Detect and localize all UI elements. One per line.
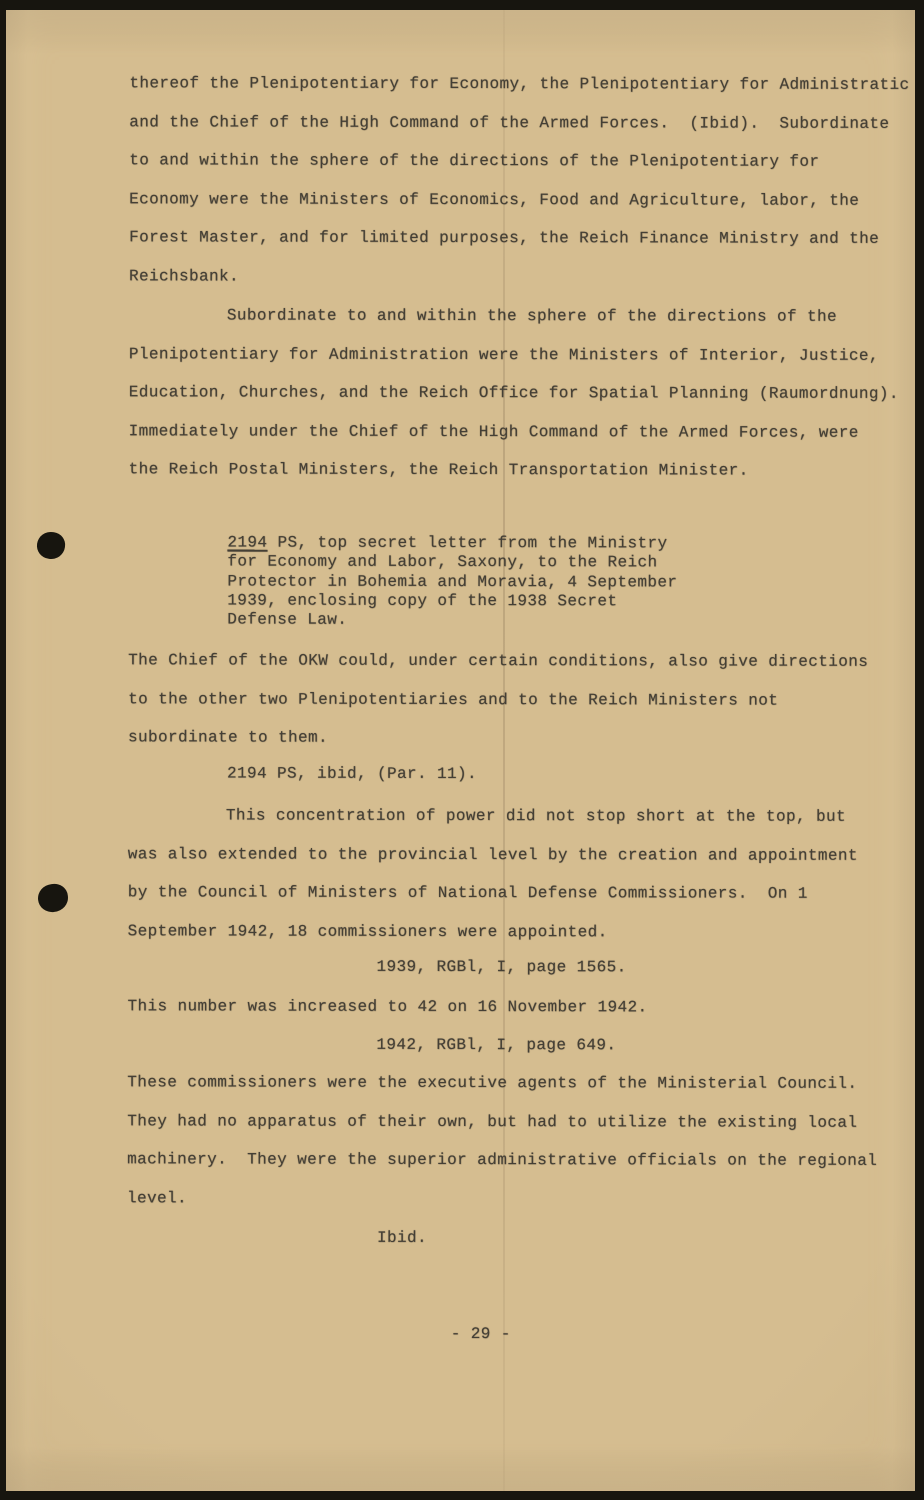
text-line: subordinate to them. xyxy=(128,718,868,758)
paragraph-4: This concentration of power did not stop… xyxy=(128,796,858,952)
scan-border-left xyxy=(0,0,6,1500)
text-line: This concentration of power did not stop… xyxy=(226,797,858,837)
text-line: Subordinate to and within the sphere of … xyxy=(227,297,899,337)
text-line: They had no apparatus of their own, but … xyxy=(127,1102,877,1142)
text-line: These commissioners were the executive a… xyxy=(127,1063,877,1103)
citation-block-quote: 2194 PS, top secret letter from the Mini… xyxy=(227,534,677,631)
text-line: Plenipotentiary for Administration were … xyxy=(129,335,899,375)
paragraph-1: thereof the Plenipotentiary for Economy,… xyxy=(129,64,910,297)
text-line: the Reich Postal Ministers, the Reich Tr… xyxy=(129,450,899,490)
text-line: was also extended to the provincial leve… xyxy=(128,835,858,875)
text-line: Economy were the Ministers of Economics,… xyxy=(129,180,909,220)
text-line: machinery. They were the superior admini… xyxy=(127,1140,877,1180)
text-line: to and within the sphere of the directio… xyxy=(129,141,909,181)
paragraph-6: These commissioners were the executive a… xyxy=(127,1063,877,1219)
text-line: Protector in Bohemia and Moravia, 4 Sept… xyxy=(227,572,677,592)
text-line: by the Council of Ministers of National … xyxy=(128,873,858,913)
citation-line: Ibid. xyxy=(377,1228,427,1248)
text-line: thereof the Plenipotentiary for Economy,… xyxy=(129,64,909,104)
scanned-document-page: thereof the Plenipotentiary for Economy,… xyxy=(0,0,924,1500)
text-line: Immediately under the Chief of the High … xyxy=(129,412,899,452)
text-line: Forest Master, and for limited purposes,… xyxy=(129,218,909,258)
text-line: Defense Law. xyxy=(227,611,677,631)
document-reference-number: 2194 xyxy=(227,534,267,552)
text-line: This number was increased to 42 on 16 No… xyxy=(127,996,647,1017)
typewritten-text-layer: thereof the Plenipotentiary for Economy,… xyxy=(0,0,924,1500)
citation-line: 2194 PS, ibid, (Par. 11). xyxy=(227,764,477,785)
text-segment: PS, top secret letter from the Ministry xyxy=(267,534,667,553)
scan-border-bottom xyxy=(0,1491,924,1500)
text-line: and the Chief of the High Command of the… xyxy=(129,103,909,143)
text-line: Education, Churches, and the Reich Offic… xyxy=(129,373,899,413)
scan-border-top xyxy=(0,0,924,10)
citation-line: 1942, RGBl, I, page 649. xyxy=(376,1035,616,1056)
paragraph-3: The Chief of the OKW could, under certai… xyxy=(128,641,868,758)
text-line: for Economy and Labor, Saxony, to the Re… xyxy=(227,553,677,573)
paragraph-2: Subordinate to and within the sphere of … xyxy=(129,296,900,490)
text-line: Reichsbank. xyxy=(129,257,909,297)
text-line: 2194 PS, top secret letter from the Mini… xyxy=(227,534,677,554)
text-line: 1939, enclosing copy of the 1938 Secret xyxy=(227,591,677,611)
text-line: The Chief of the OKW could, under certai… xyxy=(128,641,868,681)
text-line: level. xyxy=(127,1179,877,1219)
citation-line: 1939, RGBl, I, page 1565. xyxy=(377,957,627,978)
scan-border-right xyxy=(915,0,924,1500)
text-line: September 1942, 18 commissioners were ap… xyxy=(128,912,858,952)
page-number: - 29 - xyxy=(451,1324,511,1344)
text-line: to the other two Plenipotentiaries and t… xyxy=(128,680,868,720)
